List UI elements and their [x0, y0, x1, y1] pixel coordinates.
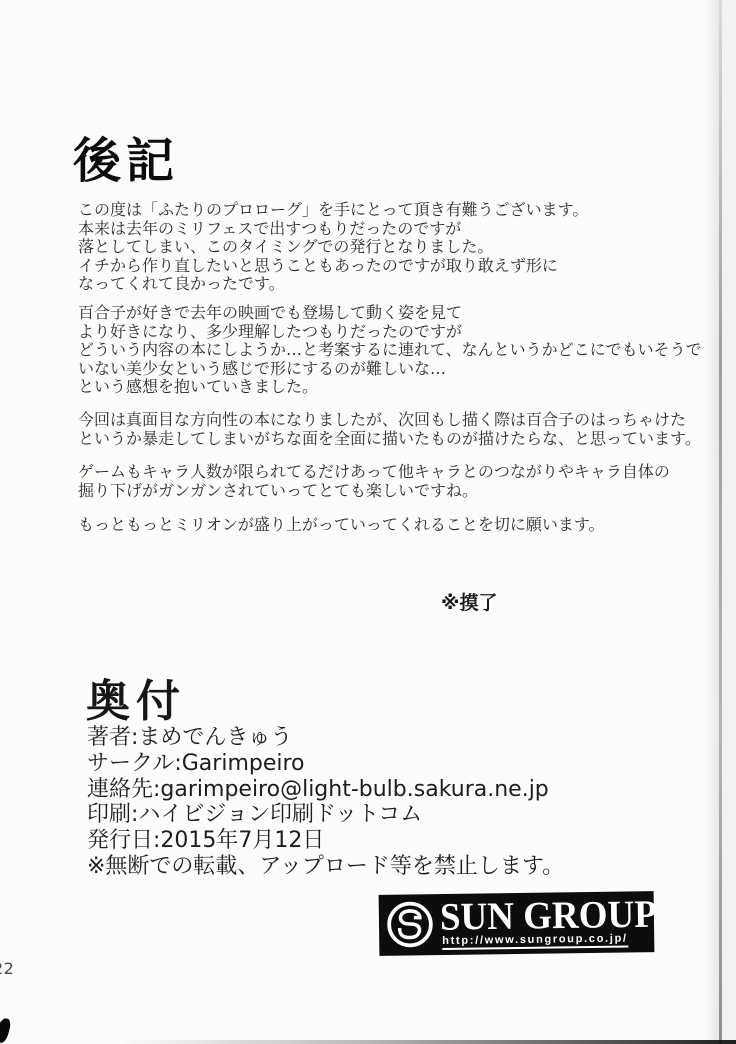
colophon-reprint-notice: ※無断での転載、アップロード等を禁止します。 — [87, 854, 564, 880]
colophon-block: 著者:まめでんきゅう サークル:Garimpeiro 連絡先:garimpeir… — [87, 725, 564, 880]
colophon-contact-email: 連絡先:garimpeiro@light-bulb.sakura.ne.jp — [87, 777, 564, 803]
colophon-title: 奥付 — [86, 665, 186, 729]
scan-edge-line — [719, 0, 722, 1044]
afterword-signoff: ※摸了 — [441, 588, 497, 615]
sun-group-mark-icon — [385, 899, 436, 950]
page-number: 22 — [0, 959, 14, 978]
scan-edge-shade — [704, 0, 719, 1044]
afterword-paragraph-3: 今回は真面目な方向性の本になりましたが、次回もし描く際は百合子のはっちゃけた と… — [78, 411, 736, 448]
afterword-title: 後記 — [73, 122, 179, 191]
sun-group-logo: SUN GROUP http://www.sungroup.co.jp/ — [379, 891, 655, 956]
colophon-publish-date: 発行日:2015年7月12日 — [87, 828, 564, 854]
sun-group-logo-url: http://www.sungroup.co.jp/ — [442, 932, 628, 950]
afterword-paragraph-2: 百合子が好きで去年の映画でも登場して動く姿を見て より好きになり、多少理解したつ… — [78, 304, 736, 397]
afterword-paragraph-4: ゲームもキャラ人数が限られてるだけあって他キャラとのつながりやキャラ自体の 掘り… — [78, 463, 736, 500]
scan-bottom-edge — [120, 1040, 736, 1044]
afterword-paragraph-1: この度は「ふたりのプロローグ」を手にとって頂き有難うございます。 本来は去年のミ… — [78, 201, 736, 294]
scan-edge-margin — [722, 0, 736, 1044]
ink-blob-artifact — [0, 1017, 12, 1044]
afterword-paragraph-5: もっともっとミリオンが盛り上がっていってくれることを切に願います。 — [78, 516, 736, 535]
colophon-author: 著者:まめでんきゅう — [87, 725, 564, 751]
colophon-circle: サークル:Garimpeiro — [87, 751, 564, 777]
colophon-printer: 印刷:ハイビジョン印刷ドットコム — [87, 802, 564, 828]
scanned-afterword-page: 後記 この度は「ふたりのプロローグ」を手にとって頂き有難うございます。 本来は去… — [0, 0, 736, 1044]
